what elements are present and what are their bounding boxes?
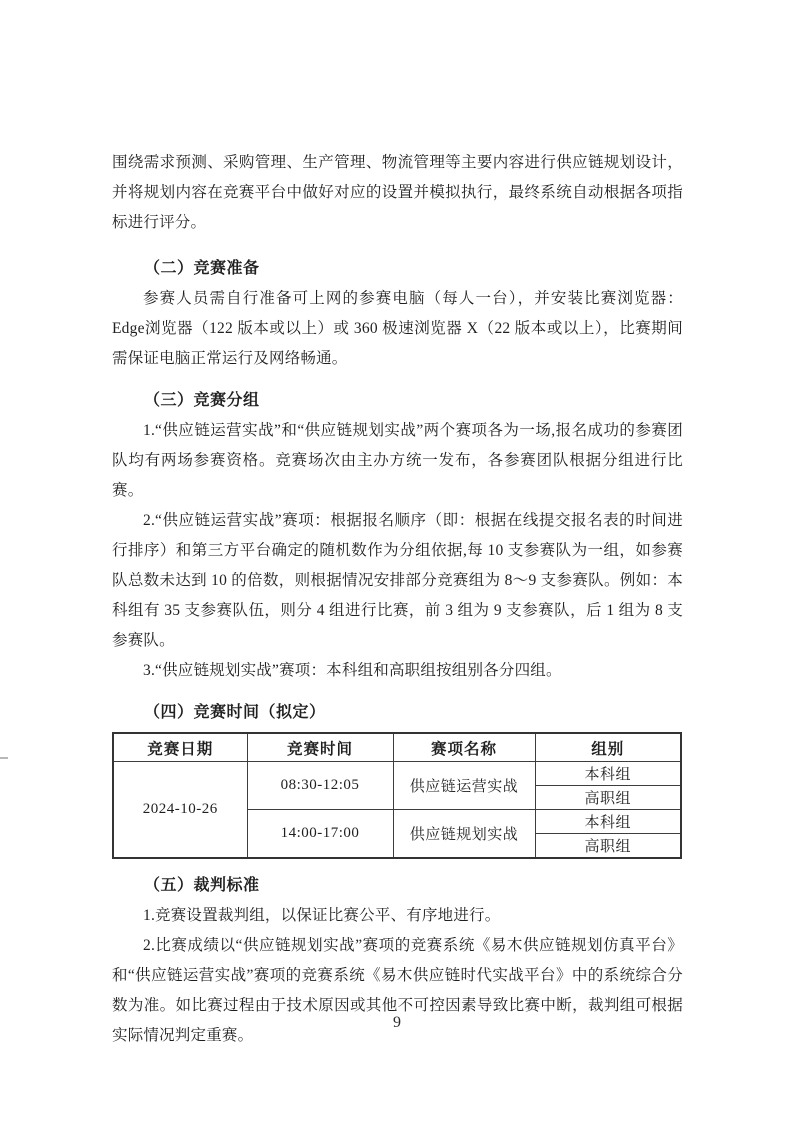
cell-session1-event: 供应链运营实战 (393, 762, 535, 810)
cell-session1-group-vocational: 高职组 (535, 786, 681, 810)
paragraph-preparation: 参赛人员需自行准备可上网的参赛电脑（每人一台），并安装比赛浏览器：Edge浏览器… (112, 284, 683, 374)
column-header-event: 赛项名称 (393, 733, 535, 762)
list-item-grouping-3: 3.“供应链规划实战”赛项：本科组和高职组按组别各分四组。 (112, 656, 683, 686)
cell-competition-date: 2024-10-26 (113, 762, 247, 859)
list-item-grouping-1: 1.“供应链运营实战”和“供应链规划实战”两个赛项各为一场,报名成功的参赛团队均… (112, 416, 683, 506)
cell-session2-group-undergraduate: 本科组 (535, 810, 681, 834)
column-header-time: 竞赛时间 (247, 733, 393, 762)
cell-session1-time: 08:30-12:05 (247, 762, 393, 810)
column-header-date: 竞赛日期 (113, 733, 247, 762)
table-header-row: 竞赛日期 竞赛时间 赛项名称 组别 (113, 733, 681, 762)
heading-competition-grouping: （三）竞赛分组 (112, 386, 683, 416)
page-number: 9 (0, 1014, 794, 1032)
list-item-grouping-2: 2.“供应链运营实战”赛项：根据报名顺序（即：根据在线提交报名表的时间进行排序）… (112, 506, 683, 656)
heading-judging-standards: （五）裁判标准 (112, 871, 683, 901)
document-body: 围绕需求预测、采购管理、生产管理、物流管理等主要内容进行供应链规划设计，并将规划… (112, 148, 683, 1051)
column-header-group: 组别 (535, 733, 681, 762)
heading-competition-preparation: （二）竞赛准备 (112, 254, 683, 284)
paragraph-intro-continuation: 围绕需求预测、采购管理、生产管理、物流管理等主要内容进行供应链规划设计，并将规划… (112, 148, 683, 238)
table-row: 2024-10-26 08:30-12:05 供应链运营实战 本科组 (113, 762, 681, 786)
list-item-judging-1: 1.竞赛设置裁判组，以保证比赛公平、有序地进行。 (112, 901, 683, 931)
list-item-judging-2: 2.比赛成绩以“供应链规划实战”赛项的竞赛系统《易木供应链规划仿真平台》和“供应… (112, 931, 683, 1051)
cell-session2-time: 14:00-17:00 (247, 810, 393, 859)
cell-session2-event: 供应链规划实战 (393, 810, 535, 859)
heading-competition-schedule: （四）竞赛时间（拟定） (112, 698, 683, 728)
document-page: 围绕需求预测、采购管理、生产管理、物流管理等主要内容进行供应链规划设计，并将规划… (0, 0, 794, 1123)
scan-artifact (0, 757, 8, 759)
cell-session2-group-vocational: 高职组 (535, 834, 681, 859)
cell-session1-group-undergraduate: 本科组 (535, 762, 681, 786)
schedule-table: 竞赛日期 竞赛时间 赛项名称 组别 2024-10-26 08:30-12:05… (112, 732, 682, 859)
